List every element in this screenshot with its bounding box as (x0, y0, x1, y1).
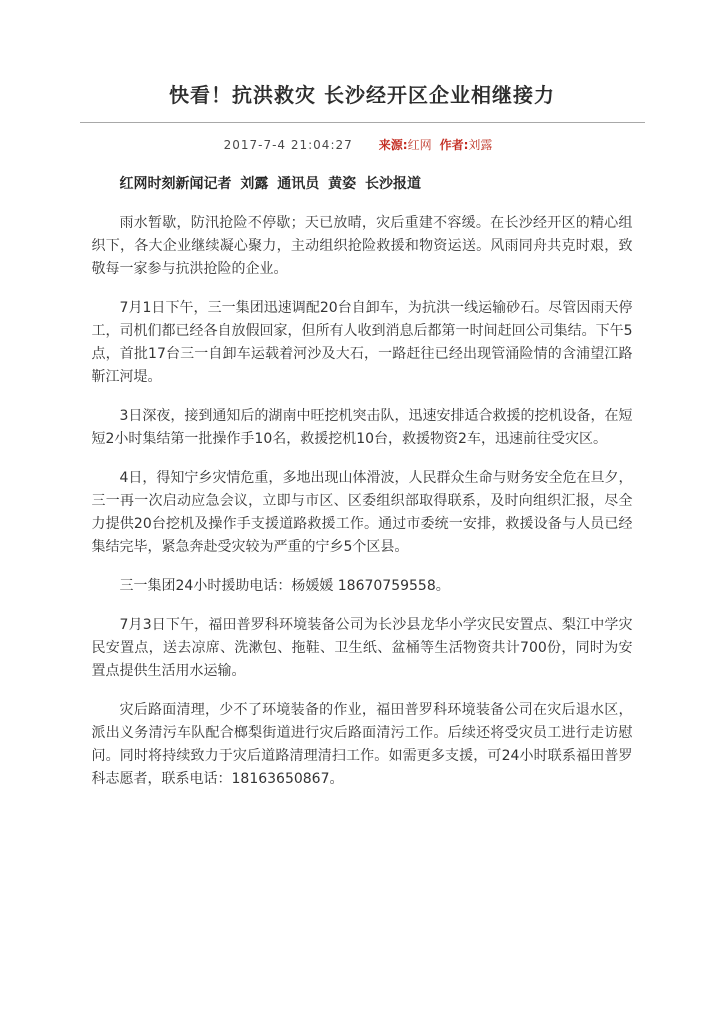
title-divider (80, 122, 645, 123)
paragraph: 灾后路面清理，少不了环境装备的作业，福田普罗科环境装备公司在灾后退水区，派出义务… (92, 699, 633, 791)
article-container: 快看！抗洪救灾 长沙经开区企业相继接力 2017-7-4 21:04:27来源:… (80, 0, 645, 791)
article-page: 快看！抗洪救灾 长沙经开区企业相继接力 2017-7-4 21:04:27来源:… (0, 0, 724, 1024)
paragraph: 7月1日下午，三一集团迅速调配20台自卸车，为抗洪一线运输砂石。尽管因雨天停工，… (92, 297, 633, 389)
source-value: 红网 (408, 138, 432, 152)
author-value: 刘露 (468, 138, 492, 152)
byline: 红网时刻新闻记者 刘露 通讯员 黄姿 长沙报道 (92, 173, 633, 196)
publish-datetime: 2017-7-4 21:04:27 (224, 138, 353, 152)
paragraph: 雨水暂歇，防汛抢险不停歇；天已放晴，灾后重建不容缓。在长沙经开区的精心组织下，各… (92, 212, 633, 281)
article-text: 红网时刻新闻记者 刘露 通讯员 黄姿 长沙报道 雨水暂歇，防汛抢险不停歇；天已放… (80, 173, 645, 791)
paragraph: 三一集团24小时援助电话：杨媛媛 18670759558。 (92, 575, 633, 598)
paragraph: 4日，得知宁乡灾情危重，多地出现山体滑波，人民群众生命与财务安全危在旦夕，三一再… (92, 467, 633, 559)
author-label: 作者: (440, 138, 469, 152)
paragraph: 3日深夜，接到通知后的湖南中旺挖机突击队，迅速安排适合救援的挖机设备，在短短2小… (92, 405, 633, 451)
paragraph: 7月3日下午，福田普罗科环境装备公司为长沙县龙华小学灾民安置点、梨江中学灾民安置… (92, 614, 633, 683)
article-meta: 2017-7-4 21:04:27来源:红网作者:刘露 (80, 137, 645, 153)
source-label: 来源: (379, 138, 408, 152)
article-body: 雨水暂歇，防汛抢险不停歇；天已放晴，灾后重建不容缓。在长沙经开区的精心组织下，各… (92, 212, 633, 791)
article-title: 快看！抗洪救灾 长沙经开区企业相继接力 (80, 82, 645, 108)
